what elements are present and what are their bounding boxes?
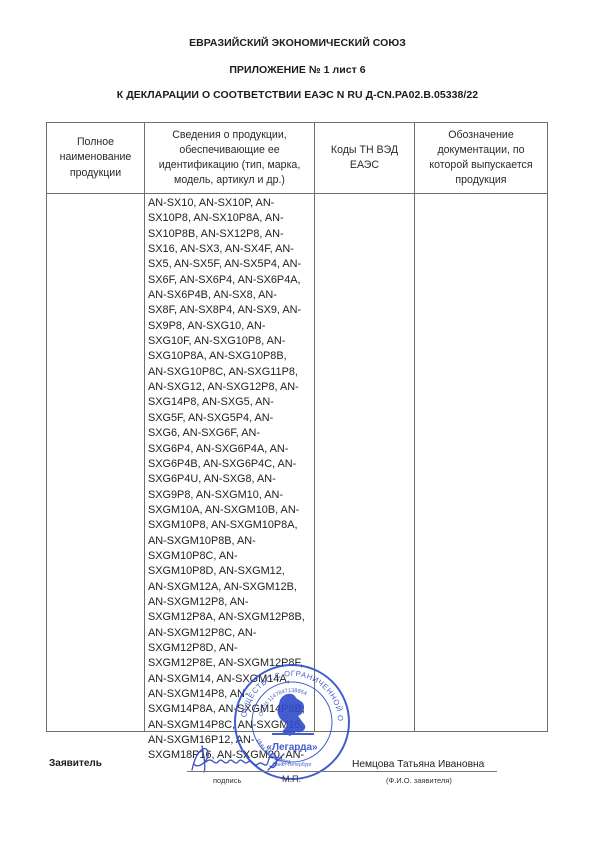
model-line: SXG10F, AN-SXG10P8, AN-: [148, 334, 314, 349]
model-line: AN-SX10, AN-SX10P, AN-: [148, 196, 314, 211]
products-table: Полное наименование продукции Сведения о…: [46, 122, 548, 732]
column-divider: [414, 123, 415, 731]
header-text: модель, артикул и др.): [159, 173, 301, 188]
model-line: SXG6P4B, AN-SXG6P4C, AN-: [148, 457, 314, 472]
header-text: которой выпускается: [429, 158, 532, 173]
column-divider: [314, 123, 315, 731]
model-line: SX9P8, AN-SXG10, AN-: [148, 319, 314, 334]
stamp-city-text: Санкт-Петербург: [272, 762, 311, 768]
header-product-info: Сведения о продукции, обеспечивающие ее …: [145, 123, 314, 193]
applicant-name: Немцова Татьяна Ивановна: [352, 759, 484, 770]
model-line: AN-SXG12, AN-SXG12P8, AN-: [148, 380, 314, 395]
model-line: SX8F, AN-SX8P4, AN-SX9, AN-: [148, 303, 314, 318]
header-text: документации, по: [429, 143, 532, 158]
model-line: SX10P8B, AN-SX12P8, AN-: [148, 227, 314, 242]
model-line: AN-SXGM12P8, AN-: [148, 595, 314, 610]
stamp-company-name: «Легарда»: [266, 742, 318, 753]
model-line: SXGM12P8A, AN-SXGM12P8B,: [148, 610, 314, 625]
header-text: ЕАЭС: [331, 158, 398, 173]
model-line: SXGM12P8D, AN-: [148, 641, 314, 656]
header-documentation: Обозначение документации, по которой вып…: [415, 123, 547, 193]
model-line: SXG6, AN-SXG6F, AN-: [148, 426, 314, 441]
model-line: SX5, AN-SX5F, AN-SX5P4, AN-: [148, 257, 314, 272]
model-line: SXG10P8A, AN-SXG10P8B,: [148, 349, 314, 364]
header-product-name: Полное наименование продукции: [47, 123, 144, 193]
model-line: SXGM10P8C, AN-: [148, 549, 314, 564]
signature-caption: подпись: [213, 776, 241, 785]
model-line: SXG6P4, AN-SXG6P4A, AN-: [148, 442, 314, 457]
declaration-title: К ДЕКЛАРАЦИИ О СООТВЕТСТВИИ ЕАЭС N RU Д-…: [0, 89, 595, 101]
model-line: SXG14P8, AN-SXG5, AN-: [148, 395, 314, 410]
model-line: SXGM10A, AN-SXGM10B, AN-: [148, 503, 314, 518]
header-text: Обозначение: [429, 128, 532, 143]
name-line: [351, 771, 497, 772]
header-divider: [47, 193, 547, 194]
header-text: продукция: [429, 173, 532, 188]
model-line: SXG6P4U, AN-SXG8, AN-: [148, 472, 314, 487]
seal-place-caption: М.П.: [282, 774, 301, 784]
model-line: SXG5F, AN-SXG5P4, AN-: [148, 411, 314, 426]
name-caption: (Ф.И.О. заявителя): [386, 776, 452, 785]
header-text: обеспечивающие ее: [159, 143, 301, 158]
header-text: Коды ТН ВЭД: [331, 143, 398, 158]
applicant-label: Заявитель: [49, 758, 102, 769]
model-line: AN-SXG10P8C, AN-SXG11P8,: [148, 365, 314, 380]
model-line: SXG9P8, AN-SXGM10, AN-: [148, 488, 314, 503]
header-text: Полное: [60, 135, 132, 150]
union-title: ЕВРАЗИЙСКИЙ ЭКОНОМИЧЕСКИЙ СОЮЗ: [0, 37, 595, 49]
appendix-title: ПРИЛОЖЕНИЕ № 1 лист 6: [0, 64, 595, 76]
model-line: AN-SX6P4B, AN-SX8, AN-: [148, 288, 314, 303]
model-line: AN-SXGM12P8C, AN-: [148, 626, 314, 641]
model-line: SXGM10P8D, AN-SXGM12,: [148, 564, 314, 579]
model-line: SXGM10P8, AN-SXGM10P8A,: [148, 518, 314, 533]
model-line: SX10P8, AN-SX10P8A, AN-: [148, 211, 314, 226]
header-text: Сведения о продукции,: [159, 128, 301, 143]
header-text: наименование: [60, 150, 132, 165]
header-text: продукции: [60, 166, 132, 181]
model-line: AN-SXGM10P8B, AN-: [148, 534, 314, 549]
model-line: AN-SXGM12A, AN-SXGM12B,: [148, 580, 314, 595]
column-divider: [144, 123, 145, 731]
model-line: SX6F, AN-SX6P4, AN-SX6P4A,: [148, 273, 314, 288]
signature-line: [187, 771, 351, 772]
model-line: SX16, AN-SX3, AN-SX4F, AN-: [148, 242, 314, 257]
company-stamp: ОБЩЕСТВО С ОГРАНИЧЕННОЙ ОТВЕТСТВЕННОСТЬЮ…: [232, 662, 352, 782]
header-tn-ved-codes: Коды ТН ВЭД ЕАЭС: [315, 123, 414, 193]
header-text: идентификацию (тип, марка,: [159, 158, 301, 173]
